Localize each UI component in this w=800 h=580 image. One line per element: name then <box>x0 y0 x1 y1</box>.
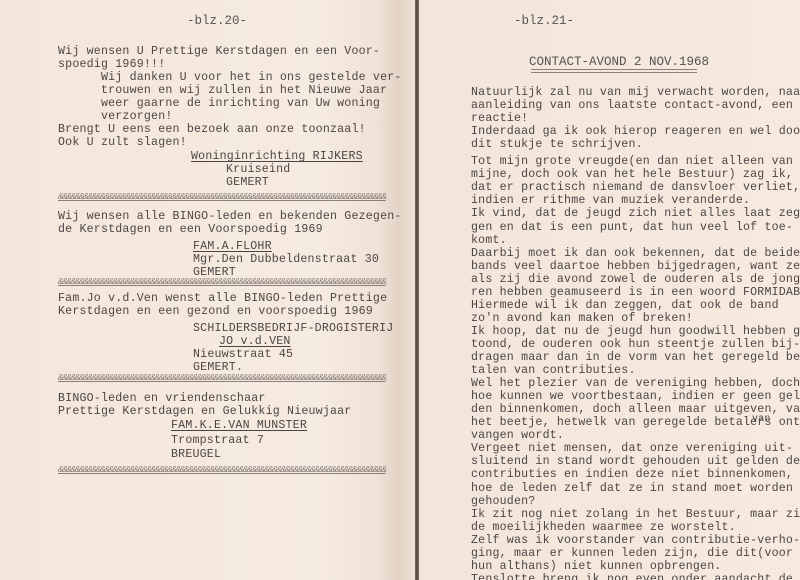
text-line: indien er rithme van muziek veranderde. <box>471 194 750 207</box>
text-line: BINGO-leden en vriendenschaar <box>58 392 266 405</box>
text-line: zo'n avond kan maken of breken! <box>471 312 693 325</box>
text-line: Kerstdagen en een gezond en voorspoedig … <box>58 305 373 318</box>
page-number: -blz.21- <box>514 14 574 28</box>
separator: &&&&&&&&&&&&&&&&&&&&&&&&&&&&&&&&&&&&&&&&… <box>58 374 388 382</box>
text-line: Ook U zult slagen! <box>58 136 187 149</box>
text-line: verzorgen! <box>58 110 173 123</box>
text-line: Natuurlijk zal nu van mij verwacht worde… <box>471 86 800 99</box>
text-line: Daarbij moet ik dan ook bekennen, dat de… <box>471 247 800 260</box>
signature-name: FAM.K.E.VAN MUNSTER <box>171 419 307 432</box>
text-line: Vergeet niet mensen, dat onze vereniging… <box>471 442 793 455</box>
text-line: Wel het plezier van de vereniging hebben… <box>471 377 800 390</box>
text-line: de Kerstdagen en een Voorspoedig 1969 <box>58 223 323 236</box>
text-line: mijne, doch ook van het hele Bestuur) za… <box>471 168 793 181</box>
text-line: Fam.Jo v.d.Ven wenst alle BINGO-leden Pr… <box>58 292 387 305</box>
text-line: komt. <box>471 234 507 247</box>
text-line: Zelf was ik voorstander van contributie-… <box>471 534 800 547</box>
text-line: Brengt U eens een bezoek aan onze toonza… <box>58 123 366 136</box>
text-line: aanleiding van ons laatste contact-avond… <box>471 99 793 112</box>
signature-line: BREUGEL <box>171 448 221 461</box>
signature-name: SCHILDERSBEDRIJF-DROGISTERIJ <box>193 322 393 335</box>
book-spread: -blz.20- Wij wensen U Prettige Kerstdage… <box>0 0 800 580</box>
text-line: ren hebben geamuseerd is in een woord FO… <box>471 286 800 299</box>
signature-line: Trompstraat 7 <box>171 434 264 447</box>
text-line: als zij die avond zowel de ouderen als d… <box>471 273 800 286</box>
signature-name: FAM.A.FLOHR <box>193 240 272 253</box>
separator: &&&&&&&&&&&&&&&&&&&&&&&&&&&&&&&&&&&&&&&&… <box>58 278 388 286</box>
text-line: dat er practisch niemand de dansvloer ve… <box>471 181 800 194</box>
text-line: Ik vind, dat de jeugd zich niet alles la… <box>471 207 800 220</box>
text-line: Prettige Kerstdagen en Gelukkig Nieuwjaa… <box>58 405 351 418</box>
page-number: -blz.20- <box>187 14 247 28</box>
text-line: Inderdaad ga ik ook hierop reageren en w… <box>471 125 800 138</box>
text-line: dragen maar dan in de vorm van het gereg… <box>471 351 800 364</box>
title-double-underline <box>531 69 697 73</box>
signature-line: Kruiseind <box>226 163 290 176</box>
text-line: vangen wordt. <box>471 429 564 442</box>
signature-line: JO v.d.VEN <box>219 335 291 348</box>
left-page: -blz.20- Wij wensen U Prettige Kerstdage… <box>0 0 415 580</box>
text-line: Wij wensen alle BINGO-leden en bekenden … <box>58 210 402 223</box>
text-line: contributies en indien deze niet binnenk… <box>471 468 793 481</box>
text-line: gen en dat is een punt, dat hun veel lof… <box>471 221 793 234</box>
text-line: spoedig 1969!!! <box>58 58 165 71</box>
signature-line: GEMERT <box>226 176 269 189</box>
text-line: hun althans) niet kunnen opbrengen. <box>471 560 722 573</box>
text-line: het beetje, hetwelk van geregelde betale… <box>471 416 800 429</box>
text-line: Ik zit nog niet zolang in het Bestuur, m… <box>471 508 800 521</box>
separator: &&&&&&&&&&&&&&&&&&&&&&&&&&&&&&&&&&&&&&&&… <box>58 466 388 474</box>
text-line: bands veel daartoe hebben bijgedragen, w… <box>471 260 800 273</box>
text-line: gehouden? <box>471 495 535 508</box>
text-line: hoe de leden zelf dat ze in stand moet w… <box>471 482 793 495</box>
text-line: toond, de ouderen ook hun steentje zulle… <box>471 338 800 351</box>
text-line: Ik hoop, dat nu de jeugd hun goodwill he… <box>471 325 800 338</box>
text-line: Tenslotte breng ik nog even onder aandac… <box>471 573 793 580</box>
article-title: CONTACT-AVOND 2 NOV.1968 <box>529 55 709 69</box>
signature-name: Woninginrichting RIJKERS <box>191 150 363 163</box>
text-line: den binnenkomen, doch alleen maar uitgev… <box>471 403 800 416</box>
signature-line: Nieuwstraat 45 <box>193 348 293 361</box>
text-line: hoe kunnen we voortbestaan, indien er ge… <box>471 390 800 403</box>
separator: &&&&&&&&&&&&&&&&&&&&&&&&&&&&&&&&&&&&&&&&… <box>58 193 388 201</box>
text-line: Hiermede wil ik dan zeggen, dat ook de b… <box>471 299 779 312</box>
text-line: Tot mijn grote vreugde(en dan niet allee… <box>471 155 800 168</box>
text-line: reactie! <box>471 112 528 125</box>
signature-line: GEMERT. <box>193 361 243 374</box>
text-line: trouwen en wij zullen in het Nieuwe Jaar <box>58 84 387 97</box>
text-line: de moeilijkheden waarmee ze worstelt. <box>471 521 736 534</box>
text-line: sluitend in stand wordt gehouden uit gel… <box>471 455 800 468</box>
text-line: Wij danken U voor het in ons gestelde ve… <box>58 71 402 84</box>
text-line: talen van contributies. <box>471 364 636 377</box>
text-line: weer gaarne de inrichting van Uw woning <box>58 97 380 110</box>
text-line: Wij wensen U Prettige Kerstdagen en een … <box>58 45 380 58</box>
text-line: ging, maar er kunnen leden zijn, die dit… <box>471 547 793 560</box>
right-page: -blz.21- CONTACT-AVOND 2 NOV.1968 Natuur… <box>419 0 800 580</box>
text-line: dit stukje te schrijven. <box>471 138 643 151</box>
signature-line: Mgr.Den Dubbeldenstraat 30 <box>193 253 379 266</box>
handwritten-insertion: van <box>752 413 771 426</box>
